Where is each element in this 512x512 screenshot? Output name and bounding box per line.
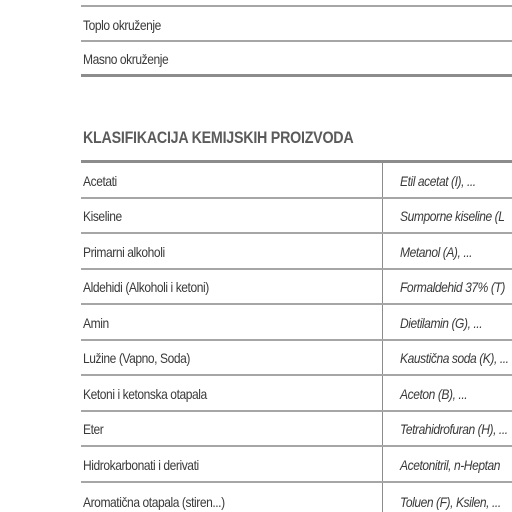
environment-list: Toplo okruženje Masno okruženje bbox=[81, 0, 512, 77]
table-row: EterTetrahidrofuran (H), ... bbox=[81, 412, 512, 448]
examples-cell: Tetrahidrofuran (H), ... bbox=[400, 421, 508, 437]
category-cell: Amin bbox=[83, 315, 109, 331]
environment-row: Masno okruženje bbox=[81, 42, 512, 77]
examples-cell: Acetonitril, n-Heptan bbox=[400, 457, 500, 473]
table-row: Lužine (Vapno, Soda)Kaustična soda (K), … bbox=[81, 341, 512, 377]
examples-cell: Toluen (F), Ksilen, ... bbox=[400, 494, 501, 510]
column-divider bbox=[382, 376, 383, 410]
section-title: KLASIFIKACIJA KEMIJSKIH PROIZVODA bbox=[83, 128, 353, 148]
category-cell: Aldehidi (Alkoholi i ketoni) bbox=[83, 279, 209, 295]
examples-cell: Aceton (B), ... bbox=[400, 386, 467, 402]
table-row: Aldehidi (Alkoholi i ketoni)Formaldehid … bbox=[81, 270, 512, 306]
column-divider bbox=[382, 199, 383, 233]
category-cell: Ketoni i ketonska otapala bbox=[83, 386, 207, 402]
examples-cell: Sumporne kiseline (L bbox=[400, 208, 505, 224]
table-row: Aromatična otapala (stiren...)Toluen (F)… bbox=[81, 483, 512, 512]
category-cell: Hidrokarbonati i derivati bbox=[83, 457, 199, 473]
column-divider bbox=[382, 483, 383, 512]
table-row: Hidrokarbonati i derivatiAcetonitril, n-… bbox=[81, 447, 512, 483]
table-row: AminDietilamin (G), ... bbox=[81, 305, 512, 341]
environment-label: Masno okruženje bbox=[83, 51, 168, 67]
category-cell: Aromatična otapala (stiren...) bbox=[83, 494, 225, 510]
column-divider bbox=[382, 163, 383, 197]
category-cell: Lužine (Vapno, Soda) bbox=[83, 350, 190, 366]
table-row: Primarni alkoholiMetanol (A), ... bbox=[81, 234, 512, 270]
column-divider bbox=[382, 234, 383, 268]
category-cell: Primarni alkoholi bbox=[83, 244, 165, 260]
environment-row bbox=[81, 0, 512, 7]
examples-cell: Etil acetat (I), ... bbox=[400, 173, 476, 189]
column-divider bbox=[382, 341, 383, 375]
examples-cell: Formaldehid 37% (T) bbox=[400, 279, 505, 295]
table-row: Ketoni i ketonska otapalaAceton (B), ... bbox=[81, 376, 512, 412]
category-cell: Acetati bbox=[83, 173, 117, 189]
category-cell: Kiseline bbox=[83, 208, 122, 224]
classification-table: AcetatiEtil acetat (I), ... KiselineSump… bbox=[81, 160, 512, 512]
environment-row: Toplo okruženje bbox=[81, 7, 512, 42]
column-divider bbox=[382, 305, 383, 339]
column-divider bbox=[382, 447, 383, 481]
environment-label: Toplo okruženje bbox=[83, 17, 161, 33]
examples-cell: Metanol (A), ... bbox=[400, 244, 472, 260]
category-cell: Eter bbox=[83, 421, 103, 437]
column-divider bbox=[382, 270, 383, 304]
examples-cell: Kaustična soda (K), ... bbox=[400, 350, 509, 366]
column-divider bbox=[382, 412, 383, 446]
table-row: KiselineSumporne kiseline (L bbox=[81, 199, 512, 235]
table-row: AcetatiEtil acetat (I), ... bbox=[81, 163, 512, 199]
examples-cell: Dietilamin (G), ... bbox=[400, 315, 482, 331]
